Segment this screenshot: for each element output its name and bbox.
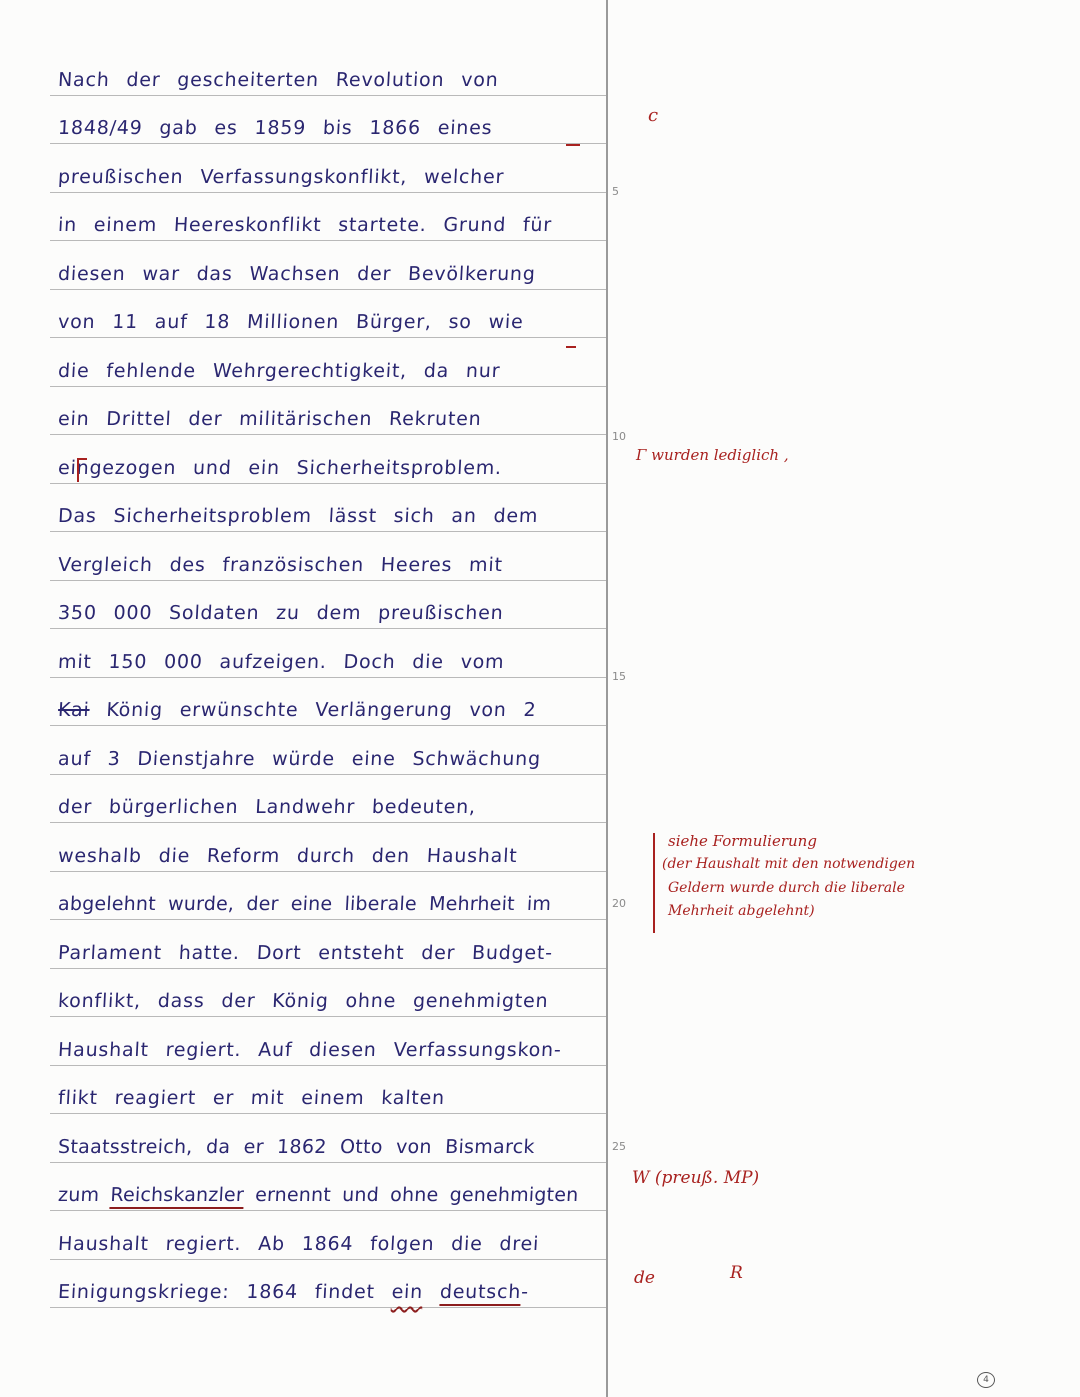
margin-note-de: de — [634, 1270, 655, 1287]
line-text: Vergleich des französischen Heeres mit — [57, 554, 503, 580]
line-text-rest: König erwünschte Verlängerung von 2 — [89, 699, 537, 721]
line-text: abgelehnt wurde, der eine liberale Mehrh… — [57, 893, 551, 919]
line-text: Das Sicherheitsproblem lässt sich an dem — [57, 505, 538, 531]
line-text: konflikt, dass der König ohne genehmigte… — [57, 990, 549, 1016]
text-line-19: Parlament hatte. Dort entsteht der Budge… — [50, 921, 606, 969]
line-text-pre: Einigungskriege: 1864 findet — [58, 1281, 393, 1303]
line-text-rest: ernennt und ohne genehmigten — [243, 1184, 579, 1206]
line-text: in einem Heereskonflikt startete. Grund … — [57, 214, 552, 240]
margin-bracket — [653, 833, 655, 933]
line-text: Haushalt regiert. Auf diesen Verfassungs… — [57, 1039, 562, 1065]
text-line-12: 350 000 Soldaten zu dem preußischen — [50, 581, 606, 629]
line-number-25: 25 — [612, 1140, 626, 1153]
line-text: Staatsstreich, da er 1862 Otto von Bisma… — [57, 1136, 535, 1162]
page-number-badge: 4 — [977, 1372, 995, 1388]
underlined-word: deutsch — [439, 1281, 522, 1306]
exam-page: Nach der gescheiterten Revolution von 18… — [0, 0, 1080, 1397]
margin-note-r: R — [730, 1265, 743, 1282]
line-text: zum Reichskanzler ernennt und ohne geneh… — [57, 1184, 579, 1210]
text-line-8: ein Drittel der militärischen Rekruten — [50, 387, 606, 435]
line-text-mid — [422, 1281, 440, 1303]
text-line-5: diesen war das Wachsen der Bevölkerung — [50, 242, 606, 290]
margin-note-correction-line-1: (der Haushalt mit den notwendigen — [662, 856, 915, 873]
text-line-25: Haushalt regiert. Ab 1864 folgen die dre… — [50, 1212, 606, 1260]
line-text: preußischen Verfassungskonflikt, welcher — [57, 166, 504, 192]
line-text: der bürgerlichen Landwehr bedeuten, — [57, 796, 476, 822]
text-line-6: von 11 auf 18 Millionen Bürger, so wie — [50, 290, 606, 338]
text-line-24: zum Reichskanzler ernennt und ohne geneh… — [50, 1163, 606, 1211]
line-number-10: 10 — [612, 430, 626, 443]
struck-word: Kai — [58, 699, 91, 721]
text-line-9: eingezogen und ein Sicherheitsproblem. — [50, 436, 606, 484]
line-text: Parlament hatte. Dort entsteht der Budge… — [57, 942, 553, 968]
text-line-23: Staatsstreich, da er 1862 Otto von Bisma… — [50, 1115, 606, 1163]
text-line-7: die fehlende Wehrgerechtigkeit, da nur — [50, 339, 606, 387]
text-line-18: abgelehnt wurde, der eine liberale Mehrh… — [50, 872, 606, 920]
margin-note-correction-line-3: Mehrheit abgelehnt) — [668, 903, 815, 920]
line-text: mit 150 000 aufzeigen. Doch die vom — [57, 651, 505, 677]
line-text: von 11 auf 18 Millionen Bürger, so wie — [57, 311, 524, 337]
text-line-26: Einigungskriege: 1864 findet ein deutsch… — [50, 1260, 606, 1308]
margin-note-correction-line-2: Geldern wurde durch die liberale — [668, 880, 905, 897]
text-line-14: Kai König erwünschte Verlängerung von 2 — [50, 678, 606, 726]
line-text: Kai König erwünschte Verlängerung von 2 — [57, 699, 537, 725]
insertion-mark — [77, 458, 87, 482]
text-line-1: Nach der gescheiterten Revolution von — [50, 48, 606, 96]
text-line-4: in einem Heereskonflikt startete. Grund … — [50, 193, 606, 241]
text-line-15: auf 3 Dienstjahre würde eine Schwächung — [50, 727, 606, 775]
text-line-20: konflikt, dass der König ohne genehmigte… — [50, 969, 606, 1017]
line-text: flikt reagiert er mit einem kalten — [57, 1087, 445, 1113]
line-text: 1848/49 gab es 1859 bis 1866 eines — [57, 117, 493, 143]
margin-note-formulierung: siehe Formulierung — [668, 833, 817, 850]
text-line-11: Vergleich des französischen Heeres mit — [50, 533, 606, 581]
line-text-pre: zum — [58, 1184, 112, 1206]
line-text: weshalb die Reform durch den Haushalt — [57, 845, 518, 871]
line-text: Nach der gescheiterten Revolution von — [57, 69, 499, 95]
line-text: diesen war das Wachsen der Bevölkerung — [57, 263, 536, 289]
line-text: ein Drittel der militärischen Rekruten — [57, 408, 482, 434]
line-text: auf 3 Dienstjahre würde eine Schwächung — [57, 748, 541, 774]
margin-note-wurden-lediglich: Γ wurden lediglich , — [636, 447, 789, 464]
line-text: Haushalt regiert. Ab 1864 folgen die dre… — [57, 1233, 539, 1259]
text-line-13: mit 150 000 aufzeigen. Doch die vom — [50, 630, 606, 678]
line-text: Einigungskriege: 1864 findet ein deutsch… — [57, 1281, 529, 1307]
line-text: die fehlende Wehrgerechtigkeit, da nur — [57, 360, 501, 386]
margin-divider — [606, 0, 608, 1397]
text-line-21: Haushalt regiert. Auf diesen Verfassungs… — [50, 1018, 606, 1066]
line-text: eingezogen und ein Sicherheitsproblem. — [57, 457, 502, 483]
wavy-underlined-word: ein — [391, 1281, 424, 1303]
correction-underline-sowie — [566, 346, 576, 348]
line-text-rest: - — [521, 1281, 530, 1303]
margin-note-preuss-mp: W (preuß. MP) — [632, 1170, 759, 1187]
text-line-10: Das Sicherheitsproblem lässt sich an dem — [50, 484, 606, 532]
line-number-20: 20 — [612, 897, 626, 910]
text-line-2: 1848/49 gab es 1859 bis 1866 eines — [50, 96, 606, 144]
text-line-16: der bürgerlichen Landwehr bedeuten, — [50, 775, 606, 823]
text-line-17: weshalb die Reform durch den Haushalt — [50, 824, 606, 872]
margin-note-c: c — [648, 107, 658, 124]
text-line-22: flikt reagiert er mit einem kalten — [50, 1066, 606, 1114]
correction-underline-eines — [566, 144, 580, 146]
text-line-3: preußischen Verfassungskonflikt, welcher — [50, 145, 606, 193]
underlined-word: Reichskanzler — [110, 1184, 245, 1209]
line-text: 350 000 Soldaten zu dem preußischen — [57, 602, 504, 628]
line-number-5: 5 — [612, 185, 619, 198]
line-number-15: 15 — [612, 670, 626, 683]
